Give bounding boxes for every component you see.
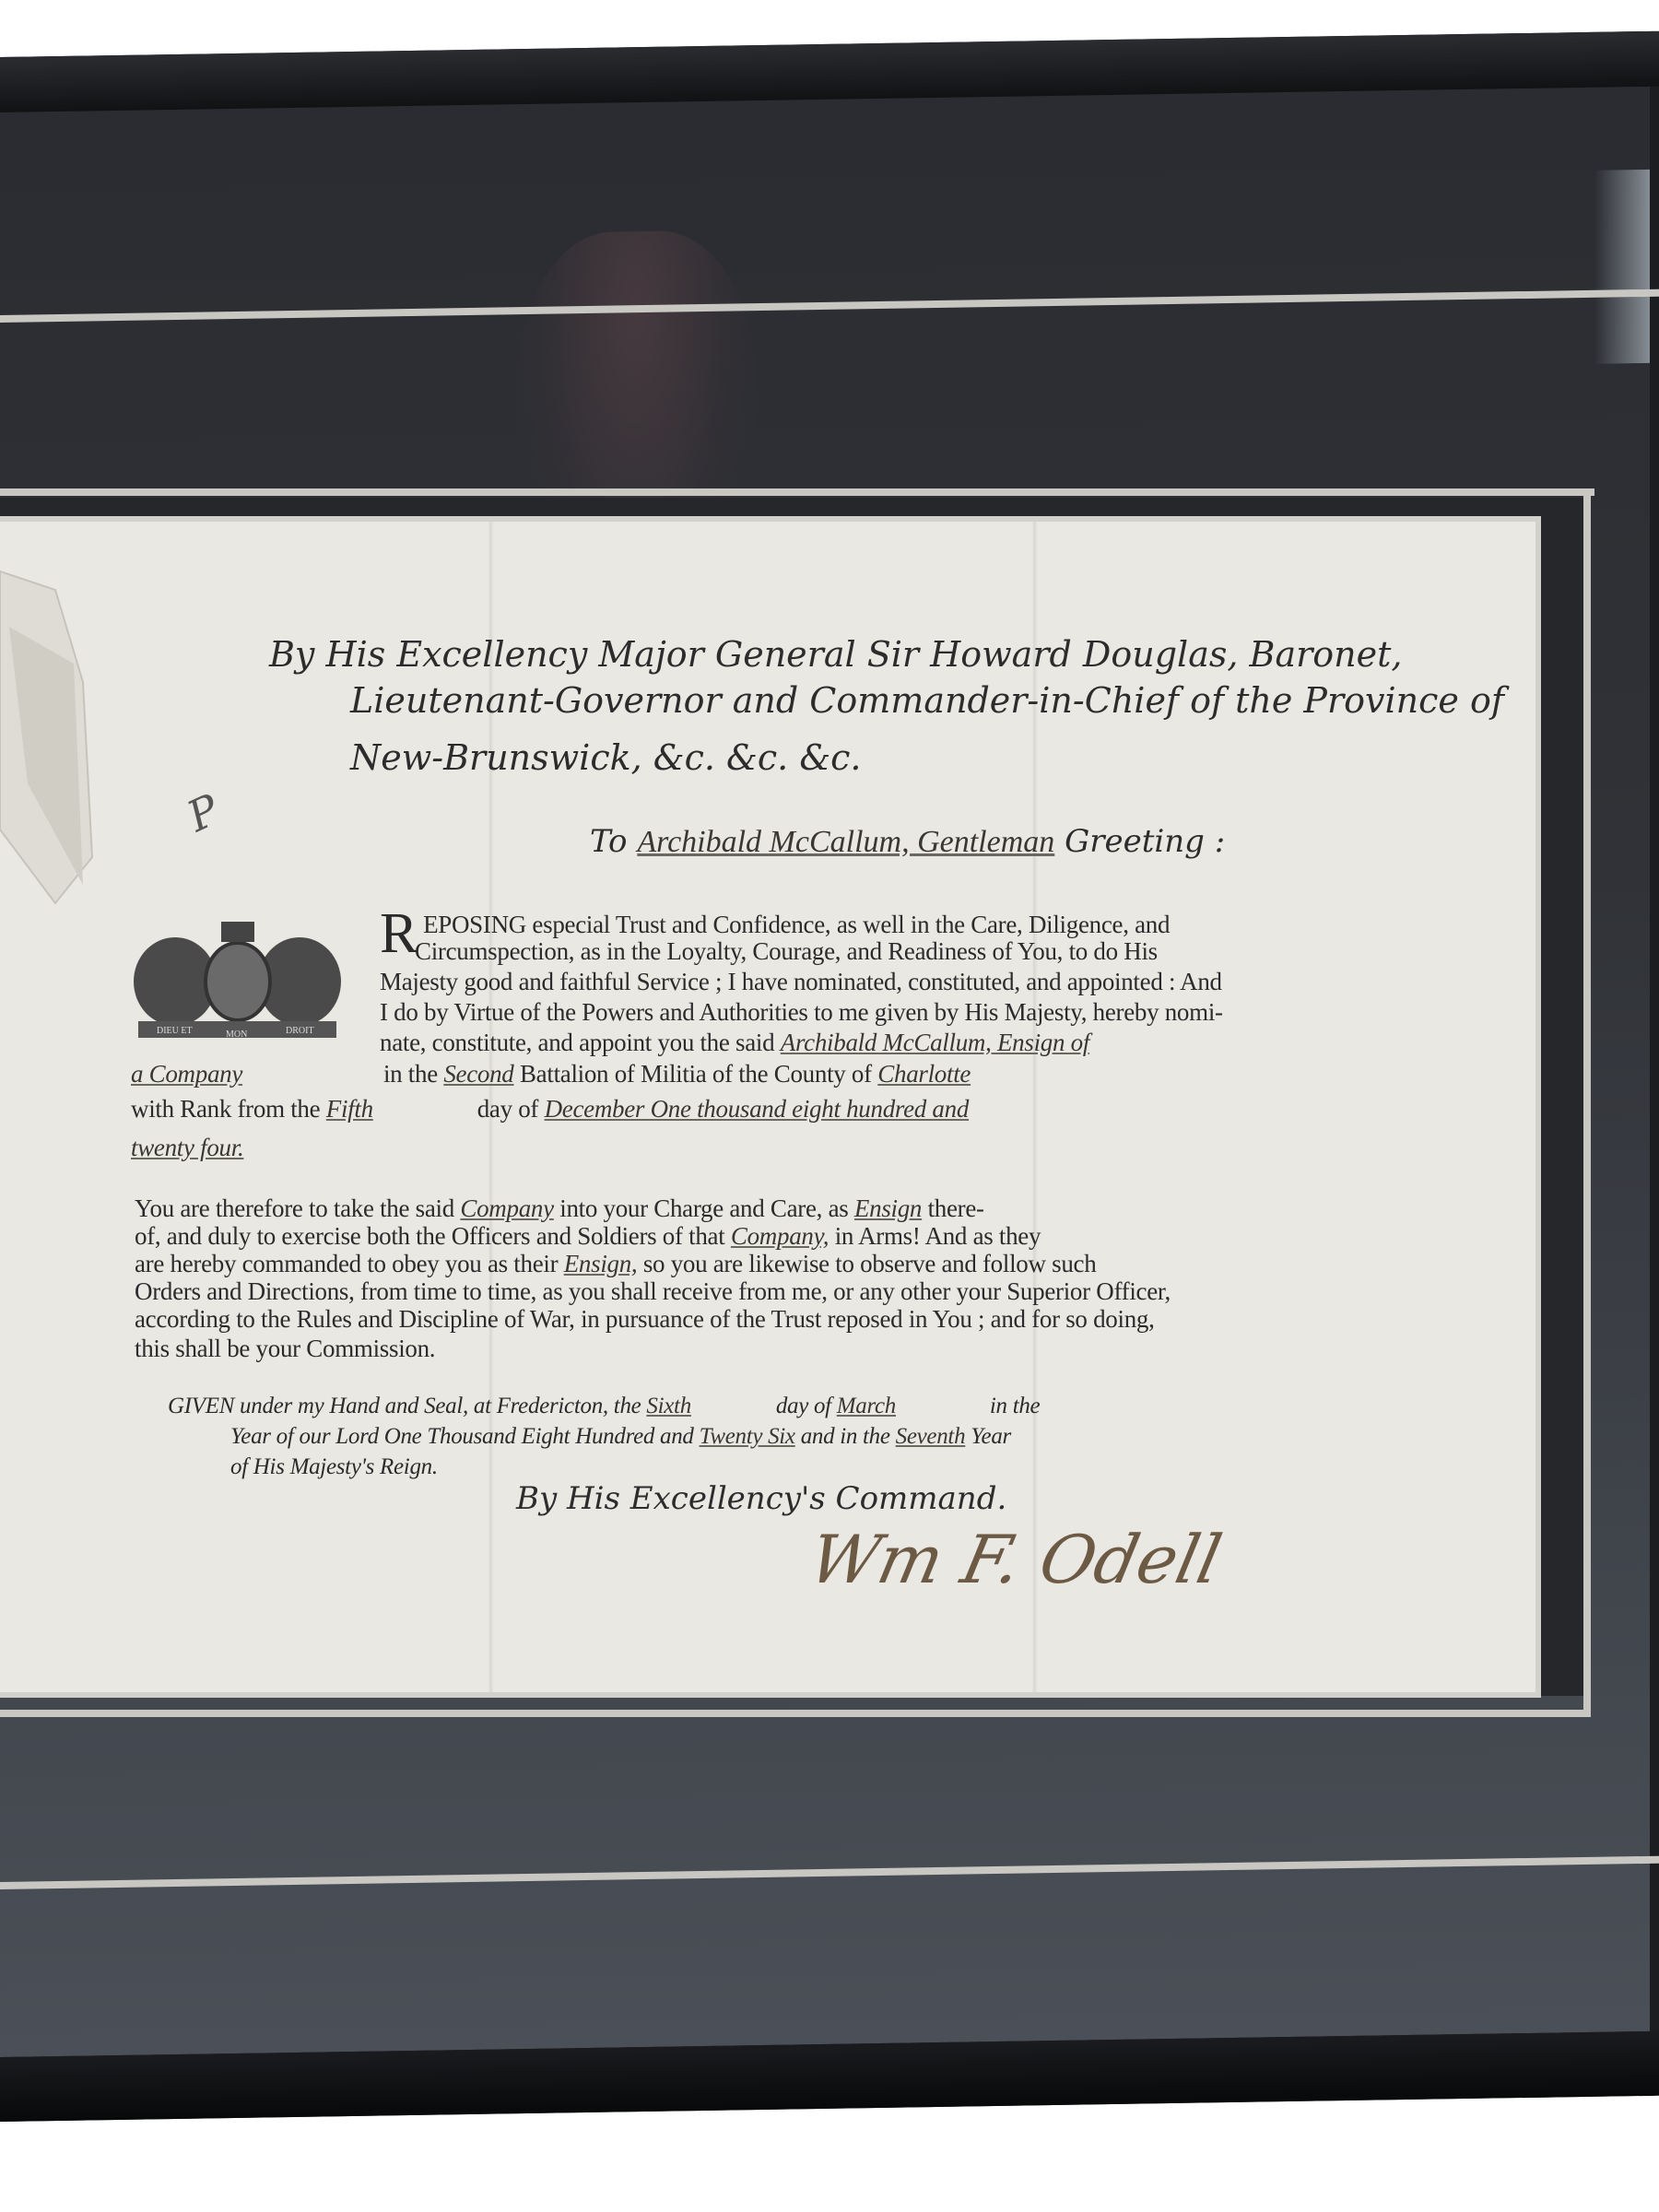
battalion-number: Second: [443, 1060, 513, 1088]
greeting: To Archibald McCallum, Gentleman Greetin…: [590, 823, 1225, 860]
rank-year: twenty four.: [131, 1134, 243, 1161]
charge-line-2: of, and duly to exercise both the Office…: [135, 1222, 1041, 1251]
body-line-5: nate, constitute, and appoint you the sa…: [380, 1029, 1089, 1057]
header-line-2: Lieutenant-Governor and Commander-in-Chi…: [350, 680, 1504, 721]
glass-glare: [1594, 170, 1650, 364]
signature: Wm F. Odell: [803, 1521, 1228, 1598]
svg-text:DROIT: DROIT: [286, 1026, 314, 1036]
charge-line-6: this shall be your Commission.: [135, 1335, 435, 1363]
command-line: By His Excellency's Command.: [516, 1480, 1006, 1517]
recipient-name: Archibald McCallum, Gentleman: [637, 825, 1054, 859]
unit-company: a Company: [131, 1060, 242, 1088]
charge-line-1: You are therefore to take the said Compa…: [135, 1194, 984, 1223]
seal-ribbon-icon: [0, 553, 101, 959]
drop-cap: R: [380, 911, 418, 957]
body-line-4: I do by Virtue of the Powers and Authori…: [380, 998, 1223, 1027]
given-line-1: GIVEN under my Hand and Seal, at Frederi…: [168, 1394, 1040, 1419]
body-line-3: Majesty good and faithful Service ; I ha…: [380, 968, 1222, 996]
body-line-7: with Rank from the Fifth day of December…: [131, 1095, 969, 1124]
given-line-2: Year of our Lord One Thousand Eight Hund…: [230, 1424, 1011, 1450]
greeting-suffix: Greeting :: [1065, 823, 1225, 860]
royal-coat-of-arms-icon: DIEU ET MON DROIT: [129, 922, 346, 1041]
given-line-3: of His Majesty's Reign.: [230, 1454, 438, 1480]
svg-text:MON: MON: [226, 1030, 247, 1040]
body-line-6: a Company in the Second Battalion of Mil…: [131, 1060, 971, 1088]
appointee-name: Archibald McCallum, Ensign of: [781, 1029, 1089, 1056]
charge-line-5: according to the Rules and Discipline of…: [135, 1305, 1155, 1334]
svg-text:DIEU ET: DIEU ET: [157, 1026, 193, 1036]
rank-day: Fifth: [326, 1095, 373, 1123]
county-name: Charlotte: [877, 1060, 971, 1088]
charge-line-3: are hereby commanded to obey you as thei…: [135, 1250, 1096, 1278]
charge-line-4: Orders and Directions, from time to time…: [135, 1277, 1171, 1306]
greeting-to: To: [590, 823, 628, 860]
inner-mat-bevel-right: [1583, 488, 1591, 1714]
header-line-3: New-Brunswick, &c. &c. &c.: [350, 737, 862, 778]
inner-mat-bevel-bottom: [0, 1710, 1591, 1717]
header-line-1: By His Excellency Major General Sir Howa…: [269, 634, 1402, 675]
body-line-2: Circumspection, as in the Loyalty, Coura…: [415, 937, 1158, 966]
rank-date: December One thousand eight hundred and: [545, 1095, 969, 1123]
body-line-8: twenty four.: [131, 1134, 243, 1162]
inner-mat-bevel-top: [0, 488, 1594, 496]
